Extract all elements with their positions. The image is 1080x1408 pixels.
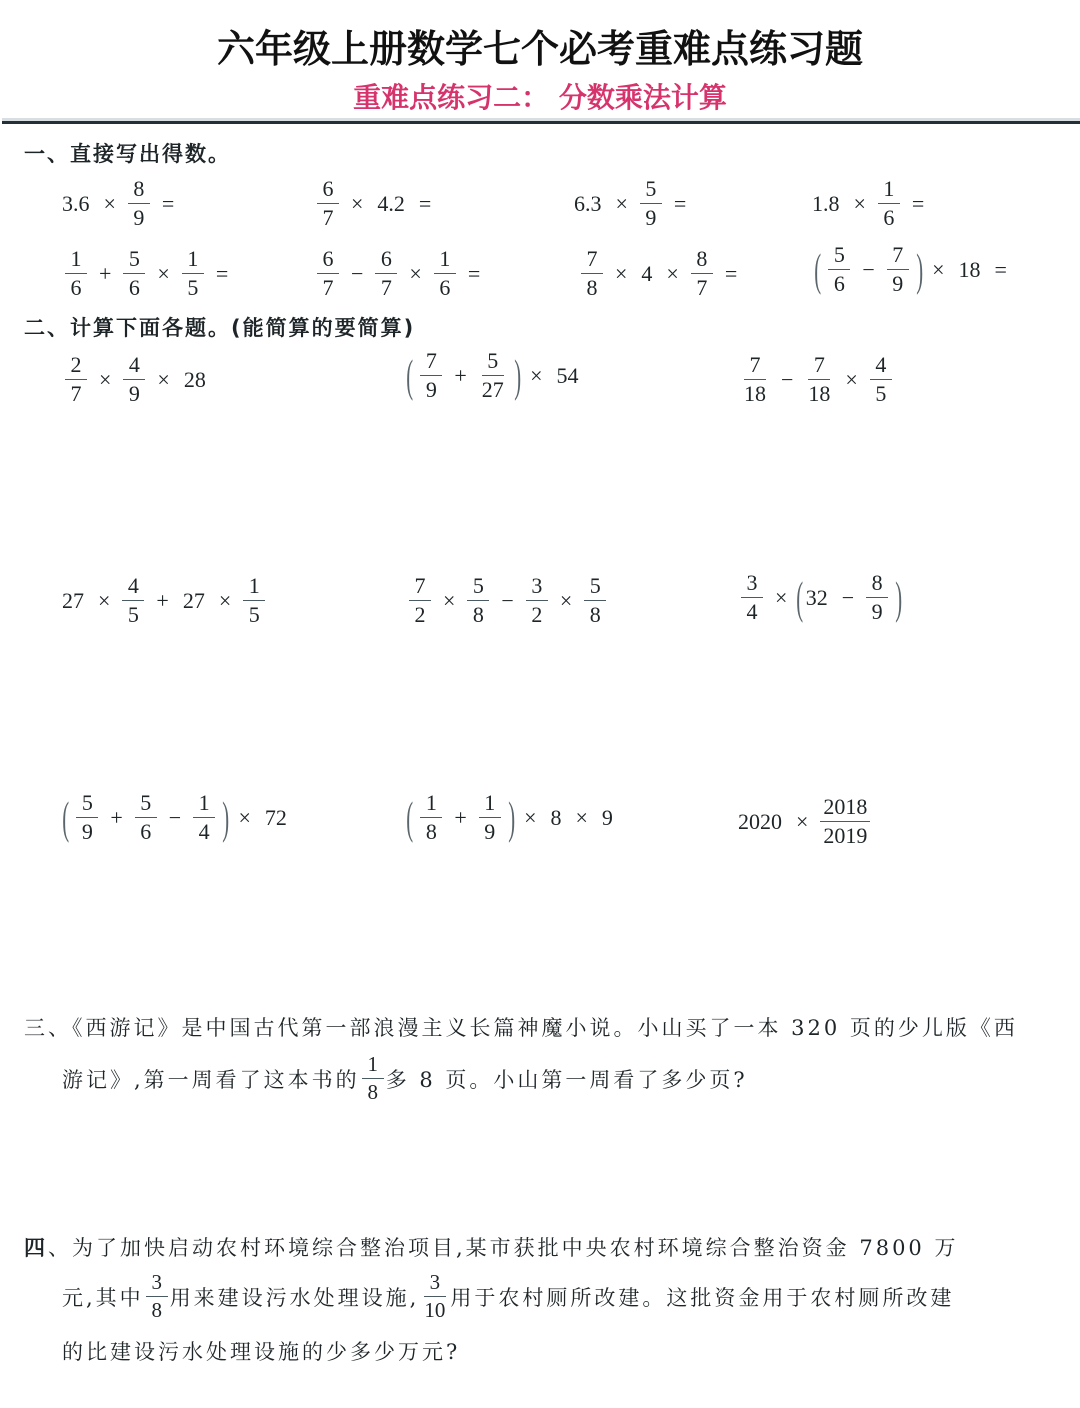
fraction: 67 — [375, 248, 397, 299]
problem-1-2: 67 × 4.2 = — [312, 178, 438, 229]
fraction: 32 — [526, 575, 548, 626]
fraction: 59 — [76, 792, 98, 843]
fraction: 79 — [420, 350, 442, 401]
problem-2-7: ( 59 + 56 − 14 ) × 72 — [60, 792, 294, 843]
page-title: 六年级上册数学七个必考重难点练习题 — [0, 18, 1080, 73]
problem-2-2: ( 79 + 527 ) × 54 — [404, 350, 586, 401]
section-1-heading: 一、直接写出得数。 — [24, 138, 231, 168]
fraction: 87 — [691, 248, 713, 299]
section-3-line-1: 三、《西游记》是中国古代第一部浪漫主义长篇神魔小说。小山买了一本 320 页的少… — [24, 1012, 1018, 1042]
problem-1-4: 1.8 × 16 = — [812, 178, 931, 229]
problem-2-8: ( 18 + 19 ) × 8 × 9 — [404, 792, 620, 843]
fraction: 58 — [467, 575, 489, 626]
fraction: 14 — [193, 792, 215, 843]
fraction: 16 — [65, 248, 87, 299]
fraction: 72 — [409, 575, 431, 626]
fraction: 16 — [878, 178, 900, 229]
problem-2-6: 34 × ( 32 − 89 ) — [736, 572, 905, 623]
fraction: 310 — [421, 1272, 448, 1321]
fraction: 45 — [870, 354, 892, 405]
problem-1-7: 78 × 4 × 87 = — [576, 248, 744, 299]
problem-2-9: 2020 × 20182019 — [738, 796, 875, 847]
fraction: 56 — [828, 244, 850, 295]
fraction: 89 — [128, 178, 150, 229]
fraction: 34 — [741, 572, 763, 623]
fraction: 56 — [135, 792, 157, 843]
fraction: 89 — [866, 572, 888, 623]
problem-1-8: ( 56 − 79 ) × 18 = — [812, 244, 1014, 295]
section-2-heading: 二、计算下面各题。(能简算的要简算) — [24, 312, 415, 342]
fraction: 79 — [887, 244, 909, 295]
fraction: 67 — [317, 248, 339, 299]
section-3-line-2: 游记》,第一周看了这本书的 18 多 8 页。小山第一周看了多少页? — [62, 1054, 748, 1103]
fraction: 718 — [805, 354, 833, 405]
fraction: 27 — [65, 354, 87, 405]
fraction: 15 — [182, 248, 204, 299]
fraction: 58 — [584, 575, 606, 626]
fraction: 78 — [581, 248, 603, 299]
fraction: 16 — [434, 248, 456, 299]
problem-1-3: 6.3 × 59 = — [574, 178, 693, 229]
fraction: 527 — [479, 350, 507, 401]
problem-2-5: 72 × 58 − 32 × 58 — [404, 575, 611, 626]
problem-2-3: 718 − 718 × 45 — [736, 354, 897, 405]
fraction: 49 — [123, 354, 145, 405]
problem-1-6: 67 − 67 × 16 = — [312, 248, 487, 299]
problem-1-5: 16 + 56 × 15 = — [60, 248, 235, 299]
fraction: 45 — [122, 575, 144, 626]
problem-2-1: 27 × 49 × 28 — [60, 354, 213, 405]
fraction: 15 — [243, 575, 265, 626]
fraction: 19 — [479, 792, 501, 843]
fraction: 718 — [741, 354, 769, 405]
header-divider — [2, 121, 1080, 124]
fraction: 18 — [362, 1054, 384, 1103]
problem-1-1: 3.6 × 89 = — [62, 178, 181, 229]
section-4-line-3: 的比建设污水处理设施的少多少万元? — [62, 1336, 460, 1366]
section-4-line-2: 元,其中 38 用来建设污水处理设施, 310 用于农村厕所改建。这批资金用于农… — [62, 1272, 954, 1321]
fraction: 38 — [146, 1272, 168, 1321]
fraction: 67 — [317, 178, 339, 229]
fraction: 20182019 — [820, 796, 870, 847]
fraction: 56 — [123, 248, 145, 299]
fraction: 18 — [420, 792, 442, 843]
section-4-line-1: 四、为了加快启动农村环境综合整治项目,某市获批中央农村环境综合整治资金 7800… — [24, 1232, 958, 1262]
problem-2-4: 27 × 45 + 27 × 15 — [62, 575, 270, 626]
page-subtitle: 重难点练习二： 分数乘法计算 — [0, 76, 1080, 116]
fraction: 59 — [640, 178, 662, 229]
